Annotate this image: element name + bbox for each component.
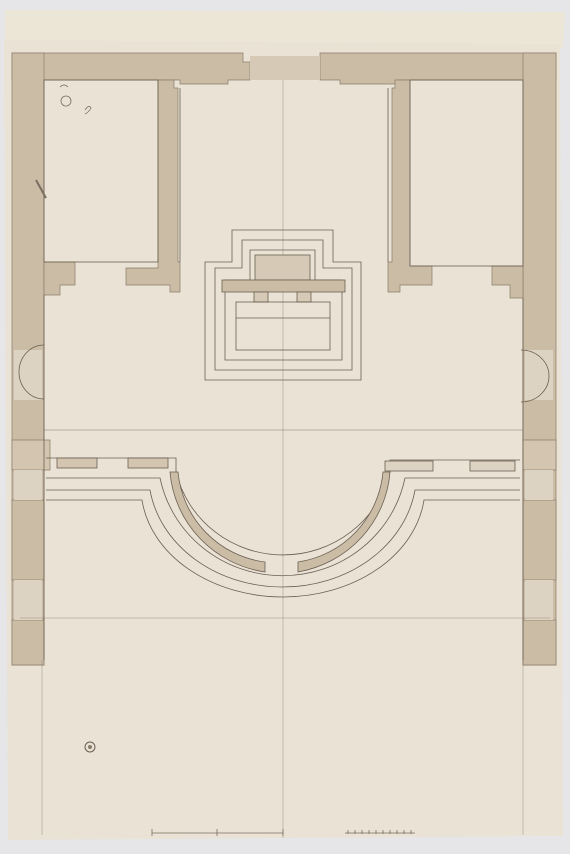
collection-stamp-center: [88, 745, 92, 749]
architectural-drawing: [0, 0, 570, 854]
paper-sheet: [4, 40, 563, 840]
floor-plan-svg: [0, 0, 570, 854]
